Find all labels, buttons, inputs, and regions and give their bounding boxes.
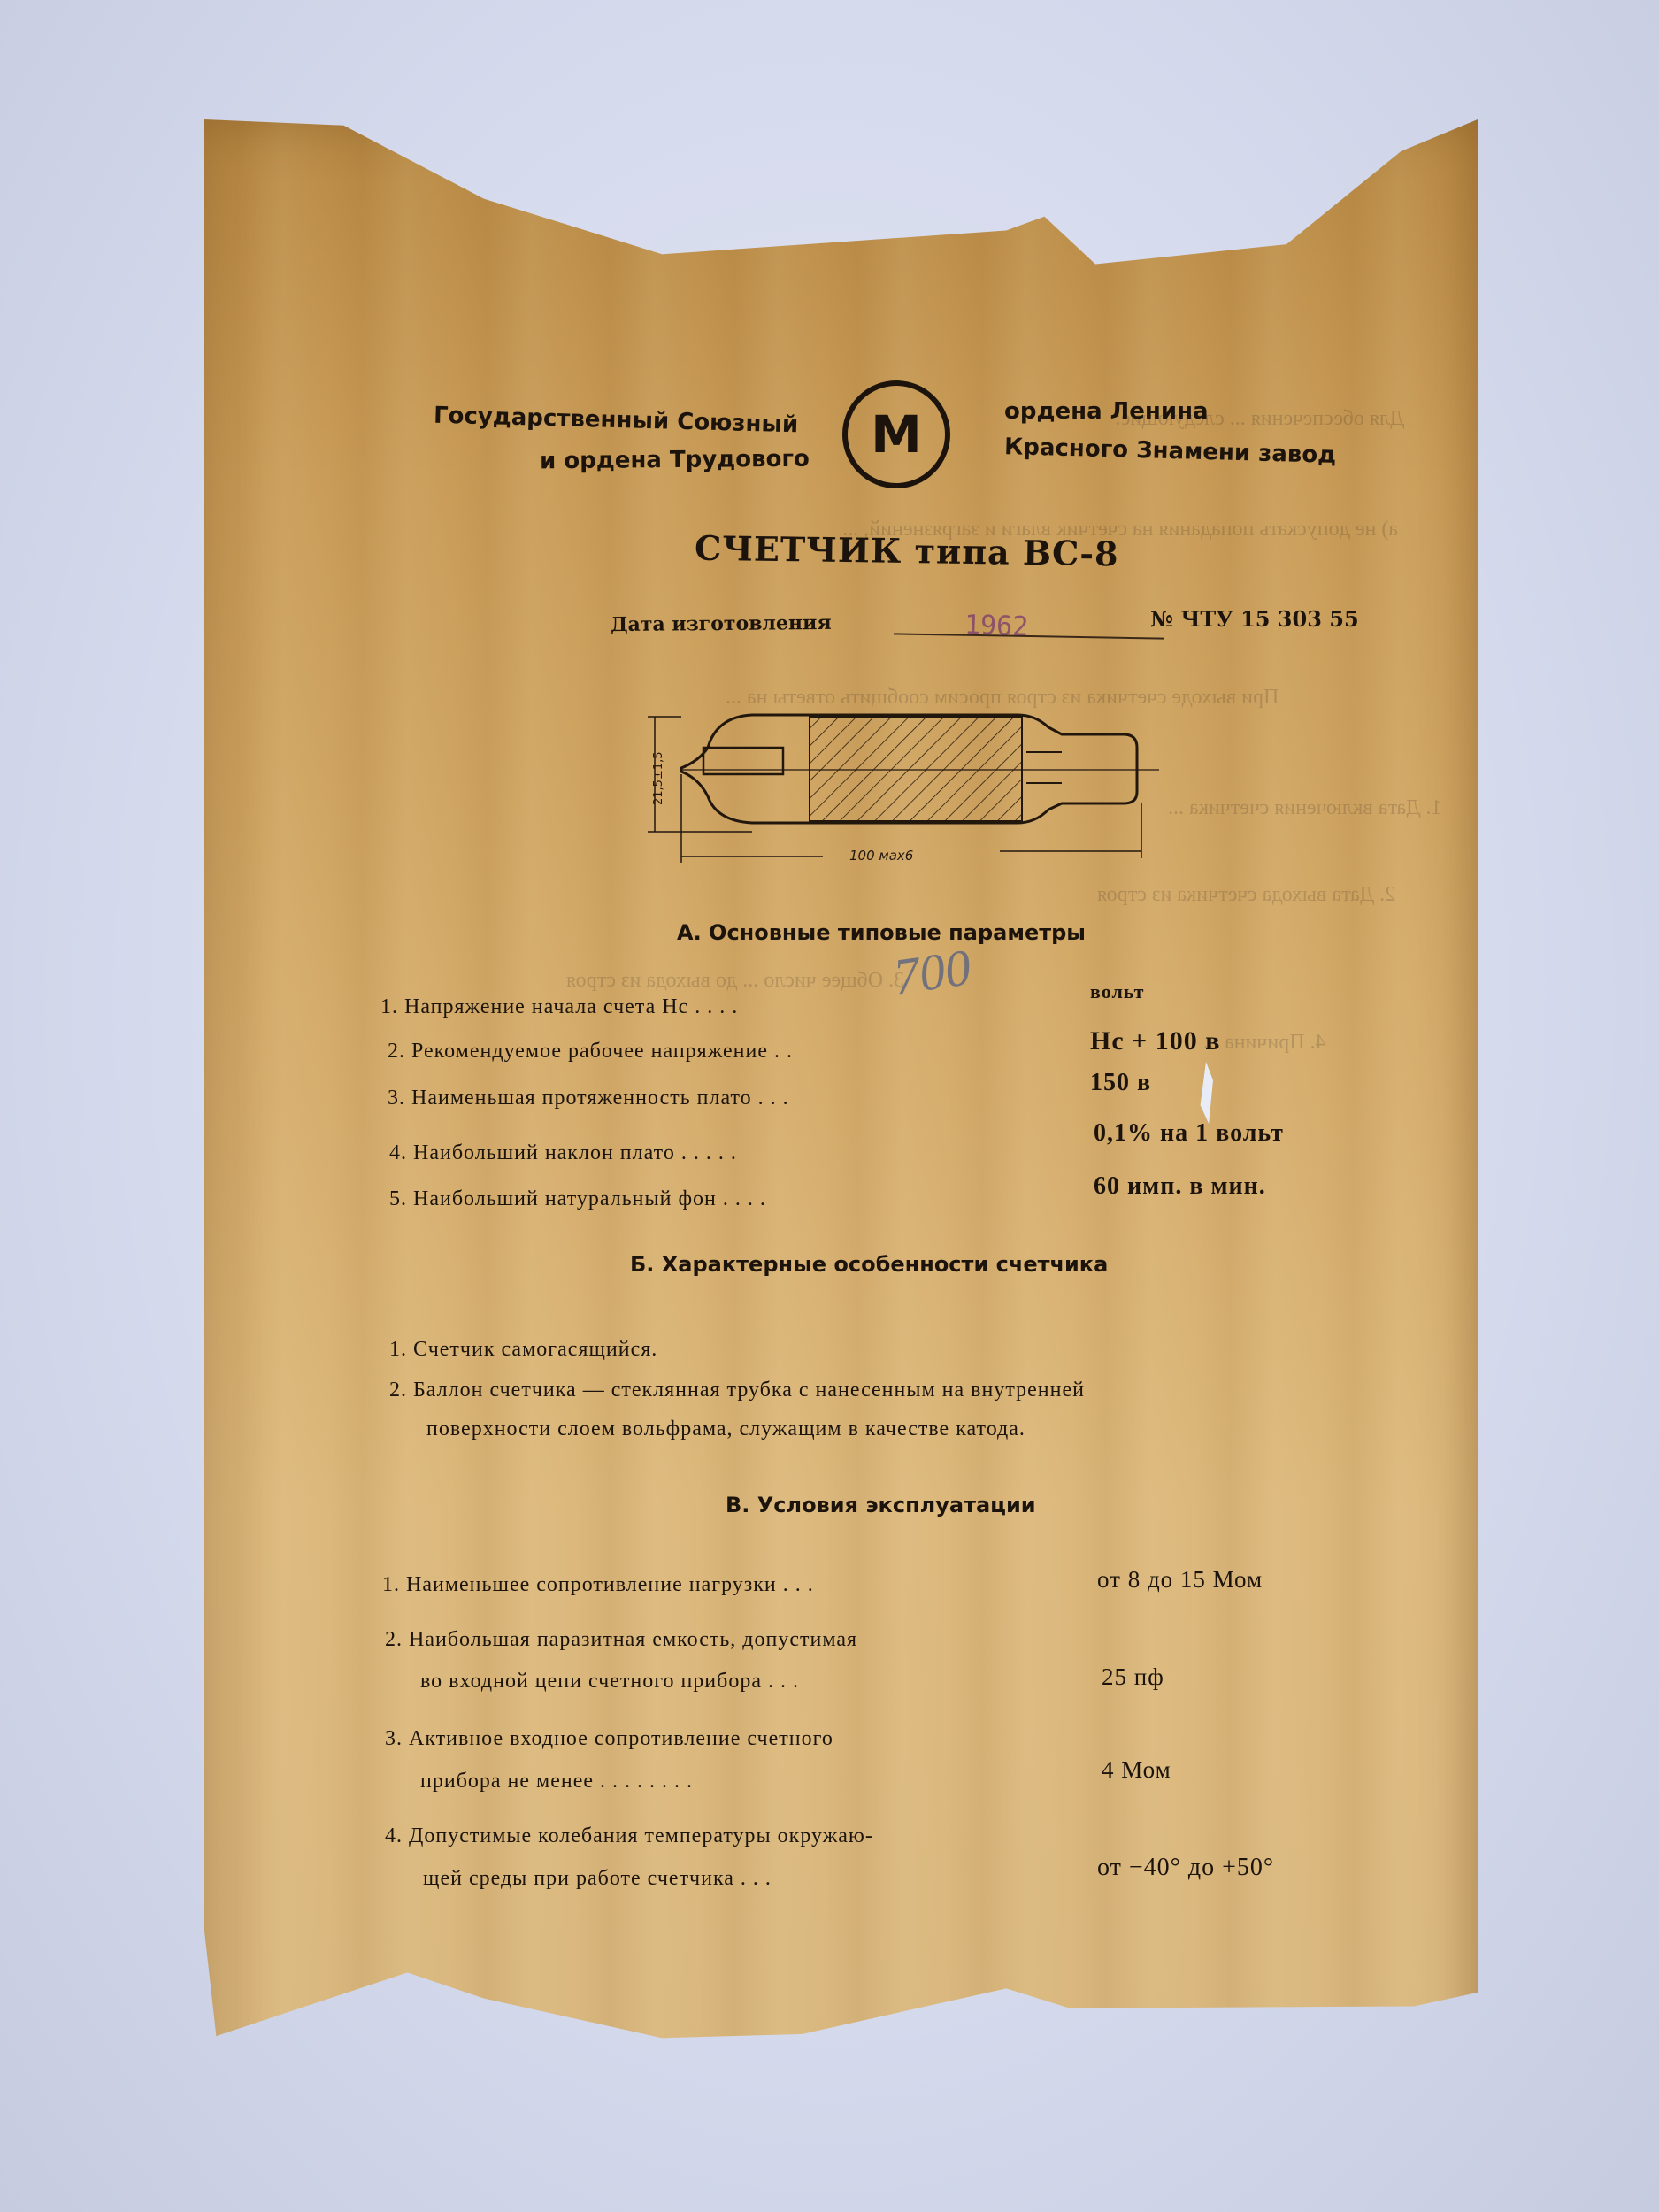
param-row-label: 3. Наименьшая протяженность плато . . . [388, 1087, 789, 1110]
length-label: 100 мах6 [849, 848, 913, 864]
param-row-label: 2. Рекомендуемое рабочее напряжение . . [388, 1040, 793, 1064]
condition-row-label: 3. Активное входное сопротивление счетно… [385, 1727, 833, 1751]
param-row-value: 0,1% на 1 вольт [1094, 1119, 1284, 1148]
section-v-heading: В. Условия эксплуатации [726, 1493, 1036, 1517]
condition-row-label-cont: щей среды при работе счетчика . . . [423, 1867, 772, 1891]
condition-row-value: 4 Мом [1102, 1756, 1171, 1784]
manufacture-date-label: Дата изготовления [611, 611, 832, 636]
show-through-text: 1. Дата включения счетчика ... [1168, 796, 1442, 820]
logo-glyph: M [871, 404, 922, 465]
header-right-line-1: ордена Ленина [1004, 398, 1209, 425]
manufacture-date-stamp: 1962 [964, 610, 1028, 643]
show-through-text: 3. Общее число ... до выхода из строя [566, 969, 904, 993]
factory-emblem-icon: M [842, 380, 950, 488]
condition-row-label-cont: во входной цепи счетного прибора . . . [420, 1670, 799, 1694]
param-row-value: Нс + 100 в [1090, 1026, 1220, 1056]
feature-item: 2. Баллон счетчика — стеклянная трубка с… [389, 1379, 1085, 1402]
section-a-heading: А. Основные типовые параметры [677, 920, 1086, 945]
condition-row-label: 2. Наибольшая паразитная емкость, допуст… [385, 1628, 857, 1652]
condition-row-label: 4. Допустимые колебания температуры окру… [385, 1824, 873, 1848]
param-row-value: 60 имп. в мин. [1094, 1172, 1266, 1201]
condition-row-label: 1. Наименьшее сопротивление нагрузки . .… [382, 1573, 814, 1597]
diameter-label: 21,5±1,5 [652, 751, 665, 805]
param-row-label: 1. Напряжение начала счета Нс . . . . [380, 995, 738, 1019]
param-row-label: 4. Наибольший наклон плато . . . . . [389, 1141, 737, 1165]
param-row-value: 150 в [1090, 1069, 1151, 1097]
feature-item: 1. Счетчик самогасящийся. [389, 1338, 657, 1362]
feature-item: поверхности слоем вольфрама, служащим в … [426, 1417, 1025, 1441]
show-through-text: 4. Причина ... [1203, 1031, 1326, 1055]
condition-row-value: 25 пф [1102, 1663, 1164, 1691]
pencil-note: 700 [890, 937, 974, 1006]
counter-tube-drawing-icon: 21,5±1,5 100 мах6 [646, 699, 1177, 867]
condition-row-label-cont: прибора не менее . . . . . . . . [420, 1770, 693, 1793]
condition-row-value: от 8 до 15 Мом [1097, 1566, 1263, 1594]
show-through-text: 2. Дата выхода счетчика из строя [1097, 883, 1395, 907]
condition-row-value: от −40° до +50° [1097, 1854, 1274, 1882]
param-row-label: 5. Наибольший натуральный фон . . . . [389, 1187, 766, 1211]
header-left-line-2: и ордена Трудового [540, 446, 810, 475]
document-title: СЧЕТЧИК типа ВС-8 [695, 528, 1119, 574]
section-b-heading: Б. Характерные особенности счетчика [630, 1252, 1108, 1277]
spec-reference: № ЧТУ 15 303 55 [1150, 606, 1359, 632]
param-row-value: вольт [1090, 980, 1144, 1003]
